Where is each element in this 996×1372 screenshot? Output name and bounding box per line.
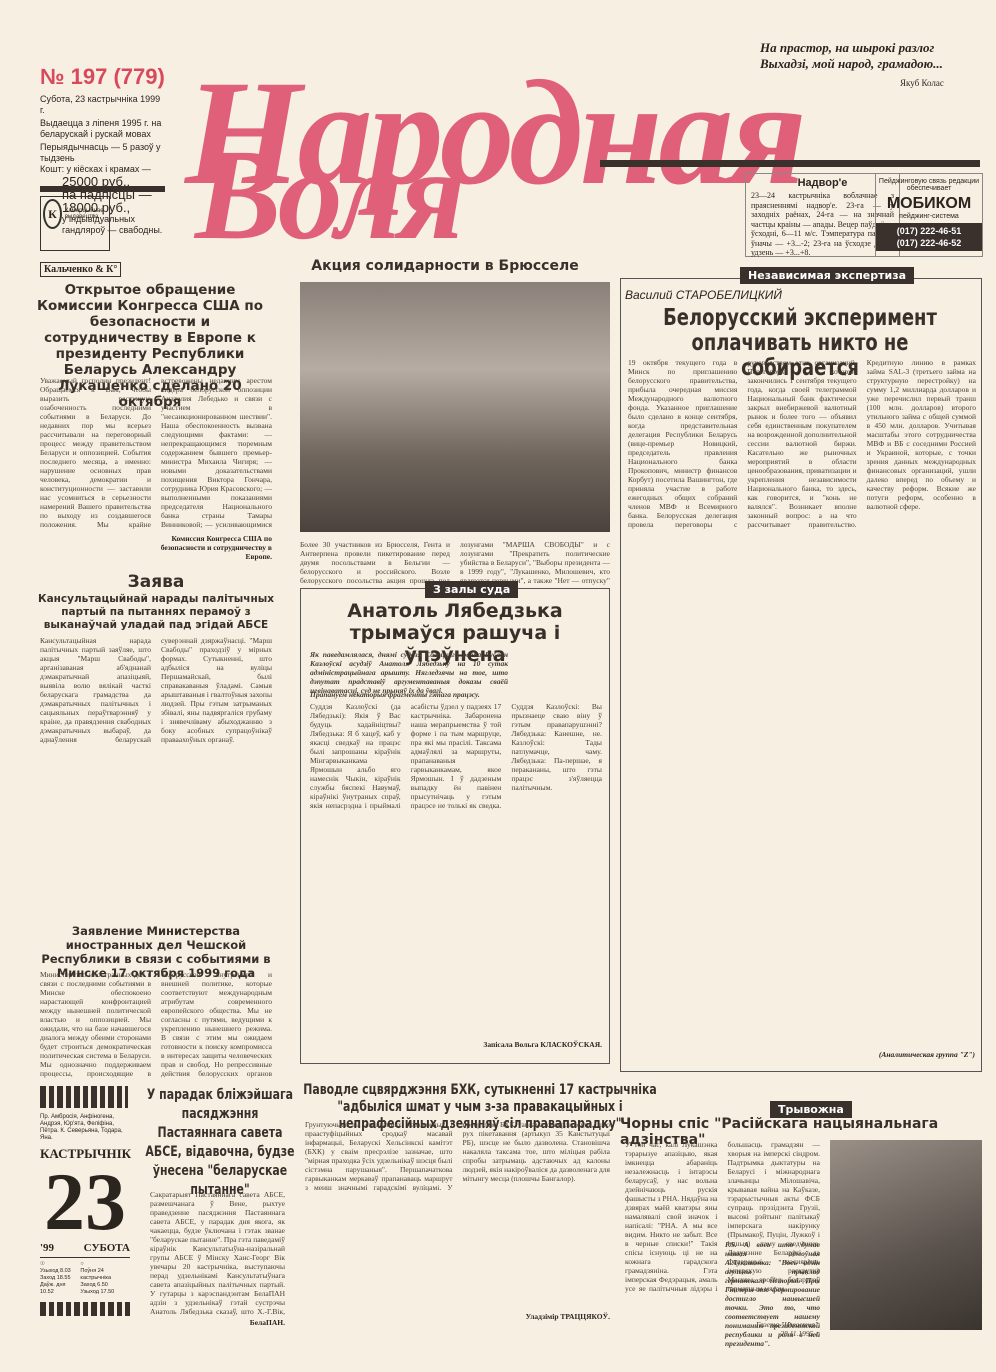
price-kiosk: у кіёсках і крамах — xyxy=(67,164,151,174)
ad-phone1: (017) 222-46-51 xyxy=(878,225,980,237)
epigraph-line1: На прастор, на шырокі разлог xyxy=(760,40,980,56)
congress-body: Уважаемый господин президент! Обращаемся… xyxy=(40,376,272,534)
sun-icon: ☉ xyxy=(40,1261,76,1268)
epigraph: На прастор, на шырокі разлог Выхадзі, мо… xyxy=(760,40,980,72)
published-since: Выдаецца з ліпеня 1995 г. на беларускай … xyxy=(40,118,165,140)
osce-body: Сакратарыят Пастаяннага савета АБСЕ, раз… xyxy=(150,1190,285,1318)
imf-body: 19 октября текущего года в Минск по приг… xyxy=(628,358,976,1048)
ad-subtitle: пейджинг-система xyxy=(876,213,982,220)
brussels-photo xyxy=(300,282,610,532)
lebedko-lead: Як паведамлялася, днямі суддзя Савецкага… xyxy=(310,650,508,695)
masthead-rule xyxy=(600,160,980,167)
imf-tag-label: Независимая экспертиза xyxy=(740,267,914,284)
sun-times: Узыход 8.03 Заход 18.55 Даўж. дня 10.52 xyxy=(40,1268,71,1295)
sponsor-logo-box: К Камерцыйнае выдавецтва xyxy=(40,196,110,251)
ad-caption: Пейджинговую связь редакции обеспечивает xyxy=(876,178,982,192)
declaration-subheadline: Кансультацыйнай нарады палітычных партый… xyxy=(34,593,278,632)
issue-number: № 197 (779) xyxy=(40,64,165,90)
bhc-body: Грунтуючыся на сведчаннях незалежных і п… xyxy=(305,1120,610,1310)
ad-brand: МОБИКОМ xyxy=(876,195,982,213)
sponsor-box-text: Камерцыйнае выдавецтва xyxy=(65,208,107,220)
weather-text: 23—24 кастрычніка воблачнае з праяснення… xyxy=(751,191,894,258)
blacklist-photo xyxy=(830,1140,982,1330)
imf-tag: Независимая экспертиза xyxy=(740,266,914,284)
ornament-divider xyxy=(40,1302,130,1316)
frequency: Перыядычнасць — 5 разоў у тыдзень xyxy=(40,142,165,164)
epigraph-author: Якуб Колас xyxy=(900,78,944,88)
czech-body: Министерство иностранных дел в связи с п… xyxy=(40,970,272,1080)
ck-logo-icon: К xyxy=(43,199,62,229)
blacklist-ps-source: Газета "Известия", 28.11.1995 г. xyxy=(725,1320,820,1338)
ad-box: Пейджинговую связь редакции обеспечивает… xyxy=(875,173,983,257)
ornament-divider xyxy=(40,1086,128,1108)
imf-author: Василий СТАРОБЕЛИЦКИЙ xyxy=(625,288,782,302)
sun-info: ☉Узыход 8.03 Заход 18.55 Даўж. дня 10.52 xyxy=(40,1261,76,1296)
declaration-headline: Заява xyxy=(40,572,272,592)
ad-phones: (017) 222-46-51 (017) 222-46-52 xyxy=(876,223,982,251)
calendar: КАСТРЫЧНІК 23 '99 СУБОТА ☉Узыход 8.03 За… xyxy=(40,1146,130,1316)
calendar-day: 23 xyxy=(40,1162,130,1242)
declaration-body: Кансультацыйная нарада палітычных партый… xyxy=(40,636,272,904)
calendar-year: '99 xyxy=(40,1242,54,1254)
osce-signature: БелаПАН. xyxy=(150,1318,285,1327)
lebedko-tag-label: З залы суда xyxy=(425,581,518,598)
sponsor-name: Кальченко & К° xyxy=(40,262,121,277)
saints-names: Пр. Амбросія, Анфіногена, Андрэя, Юр'ята… xyxy=(40,1114,130,1142)
bhc-signature: Уладзімір ТРАЦЦЯКОЎ. xyxy=(450,1312,610,1321)
weather-title: Надвор'е xyxy=(751,177,894,189)
divider xyxy=(40,186,165,192)
lebedko-body: Суддзя Казлоўскі (да Лябедзькі): Якія ў … xyxy=(310,702,602,1030)
osce-headline: У парадак бліжэйшага пасяджэння Пастаянн… xyxy=(142,1086,298,1200)
issue-date: Субота, 23 кастрычніка 1999 г. xyxy=(40,94,165,116)
lebedko-tag: З залы суда xyxy=(425,580,518,598)
ad-phone2: (017) 222-46-52 xyxy=(878,237,980,249)
moon-info: ○Поўня 24 кастрычніка Заход 6.50 Узыход … xyxy=(80,1261,130,1296)
epigraph-line2: Выхадзі, мой народ, грамадою... xyxy=(760,56,980,72)
price-label: Кошт: xyxy=(40,164,64,174)
moon-times: Поўня 24 кастрычніка Заход 6.50 Узыход 1… xyxy=(80,1268,114,1295)
calendar-weekday: СУБОТА xyxy=(84,1242,130,1254)
lebedko-sublead: Прапануем некаторыя фрагменты гэтага пра… xyxy=(310,690,508,699)
full-moon-icon: ○ xyxy=(80,1261,130,1268)
lebedko-signature: Запісала Вольга КЛАСКОЎСКАЯ. xyxy=(480,1040,602,1049)
congress-signature: Комиссия Конгресса США по безопасности и… xyxy=(150,534,272,561)
newspaper-title-line2: Воля xyxy=(195,130,461,260)
brussels-headline: Акция солидарности в Брюсселе xyxy=(280,258,610,274)
imf-signature: (Аналитическая группа "Z") xyxy=(830,1050,975,1059)
